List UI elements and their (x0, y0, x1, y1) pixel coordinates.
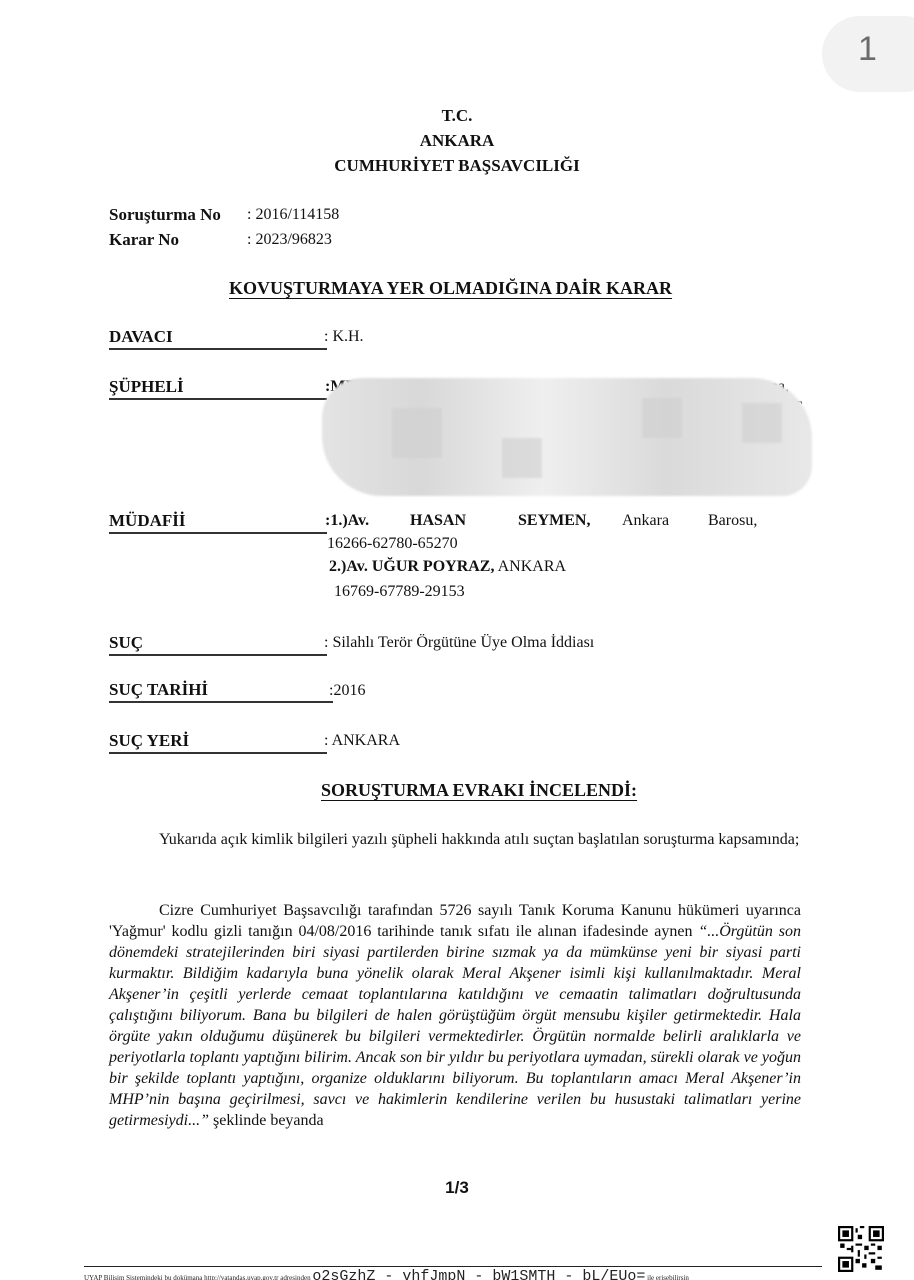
crime-date-label: SUÇ TARİHİ (109, 680, 333, 703)
page-number: 1/3 (0, 1178, 914, 1198)
section-title: SORUŞTURMA EVRAKI İNCELENDİ: (321, 780, 637, 801)
counsel1-id: 16266-62780-65270 (327, 535, 458, 553)
body-paragraph-1: Yukarıda açık kimlik bilgileri yazılı şü… (109, 829, 801, 850)
decision-no-label: Karar No (109, 230, 179, 250)
decision-no-value: : 2023/96823 (247, 231, 332, 249)
redaction-blur (322, 378, 812, 496)
counsel2-bar: ANKARA (494, 558, 566, 575)
crime-value: : Silahlı Terör Örgütüne Üye Olma İddias… (324, 634, 594, 652)
investigation-no-label: Soruşturma No (109, 205, 221, 225)
investigation-no-value: : 2016/114158 (247, 206, 339, 224)
plaintiff-label: DAVACI (109, 327, 327, 350)
counsel2-id: 16769-67789-29153 (334, 583, 465, 601)
witness-quote: “...Örgütün son dönemdeki stratejilerind… (109, 923, 801, 1129)
page-indicator-badge: 1 (822, 16, 914, 92)
crime-place-value: : ANKARA (324, 732, 400, 750)
page-indicator: 1 (858, 30, 877, 69)
header-office: CUMHURİYET BAŞSAVCILIĞI (0, 156, 914, 176)
counsel1-last-name: SEYMEN, (518, 512, 590, 530)
counsel2-name: 2.)Av. UĞUR POYRAZ, (329, 558, 494, 575)
crime-place-label: SUÇ YERİ (109, 731, 327, 754)
body-paragraph-2: Cizre Cumhuriyet Başsavcılığı tarafından… (109, 900, 801, 1131)
counsel1-bar-city: Ankara (622, 512, 669, 530)
header-tc: T.C. (0, 106, 914, 126)
crime-label: SUÇ (109, 633, 327, 656)
footer-verification: UYAP Bilişim Sistemindeki bu dokümana ht… (84, 1268, 689, 1280)
counsel1-prefix: :1.)Av. (325, 512, 369, 529)
counsel1-first-name: HASAN (410, 512, 466, 530)
header-city: ANKARA (0, 131, 914, 151)
footer-suffix: ile erişebilirsin (645, 1274, 689, 1280)
footer-prefix: UYAP Bilişim Sistemindeki bu dokümana ht… (84, 1274, 312, 1280)
crime-date-value: :2016 (329, 682, 365, 700)
counsel-label: MÜDAFİİ (109, 511, 327, 534)
document-title: KOVUŞTURMAYA YER OLMADIĞINA DAİR KARAR (229, 278, 672, 299)
verification-code: o2sGzhZ - vhfJmpN - bW1SMTH - bL/EUo= (312, 1268, 645, 1280)
suspect-label: ŞÜPHELİ (109, 377, 327, 400)
counsel1-bar: Barosu, (708, 512, 757, 530)
qr-code-icon (838, 1226, 884, 1272)
plaintiff-value: : K.H. (324, 328, 364, 346)
footer-divider (84, 1266, 822, 1267)
paragraph-2-tail: şeklinde beyanda (209, 1112, 324, 1129)
